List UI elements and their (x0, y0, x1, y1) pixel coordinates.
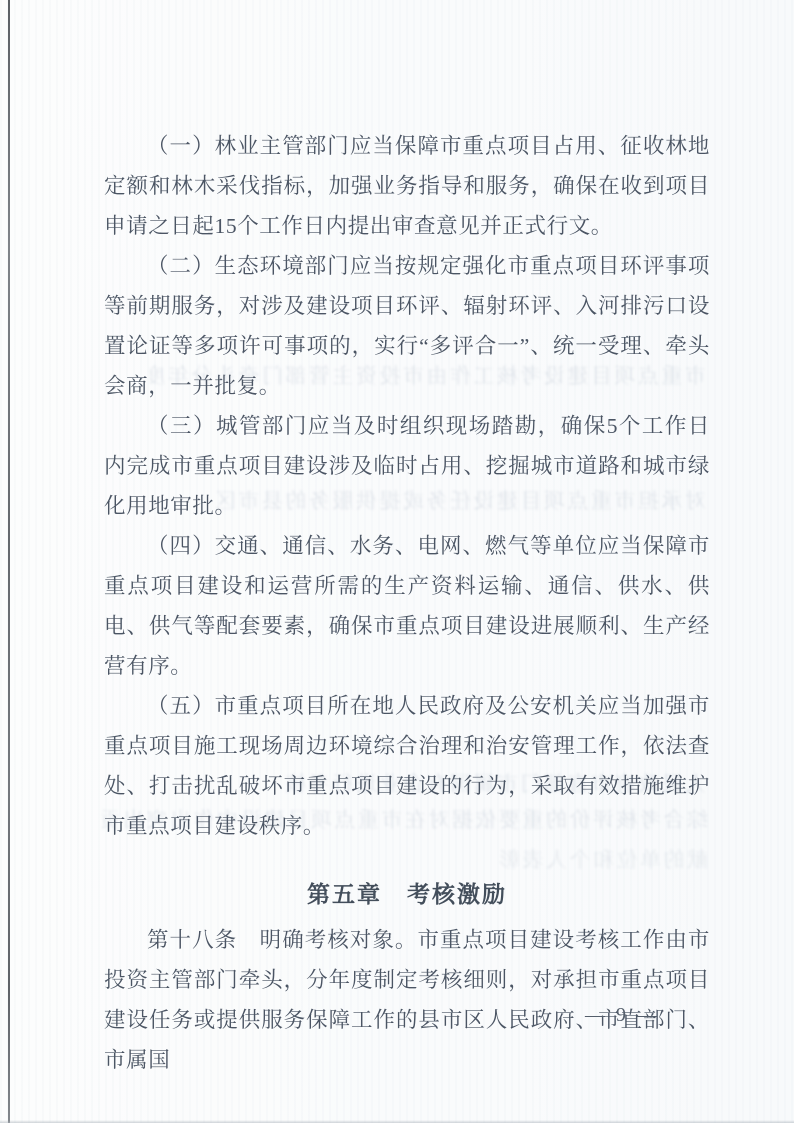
paragraph-item-5: （五）市重点项目所在地人民政府及公安机关应当加强市重点项目施工现场周边环境综合治… (104, 686, 710, 846)
scanned-document-page: 市重点项目建设考核工作由市投资主管部门牵头分年度制定 对承担市重点项目建设任务或… (0, 0, 794, 1123)
paragraph-item-4: （四）交通、通信、水务、电网、燃气等单位应当保障市重点项目建设和运营所需的生产资… (104, 526, 710, 686)
document-body: （一）林业主管部门应当保障市重点项目占用、征收林地定额和林木采伐指标，加强业务指… (104, 126, 710, 1080)
page-number: — 9 — (585, 1004, 660, 1027)
paragraph-article-18: 第十八条 明确考核对象。市重点项目建设考核工作由市投资主管部门牵头，分年度制定考… (104, 920, 710, 1080)
paragraph-item-1: （一）林业主管部门应当保障市重点项目占用、征收林地定额和林木采伐指标，加强业务指… (104, 126, 710, 246)
chapter-heading: 第五章 考核激励 (104, 874, 710, 914)
paragraph-item-2: （二）生态环境部门应当按规定强化市重点项目环评事项等前期服务，对涉及建设项目环评… (104, 246, 710, 406)
paragraph-item-3: （三）城管部门应当及时组织现场踏勘，确保5个工作日内完成市重点项目建设涉及临时占… (104, 406, 710, 526)
scan-edge-line (8, 0, 10, 1123)
